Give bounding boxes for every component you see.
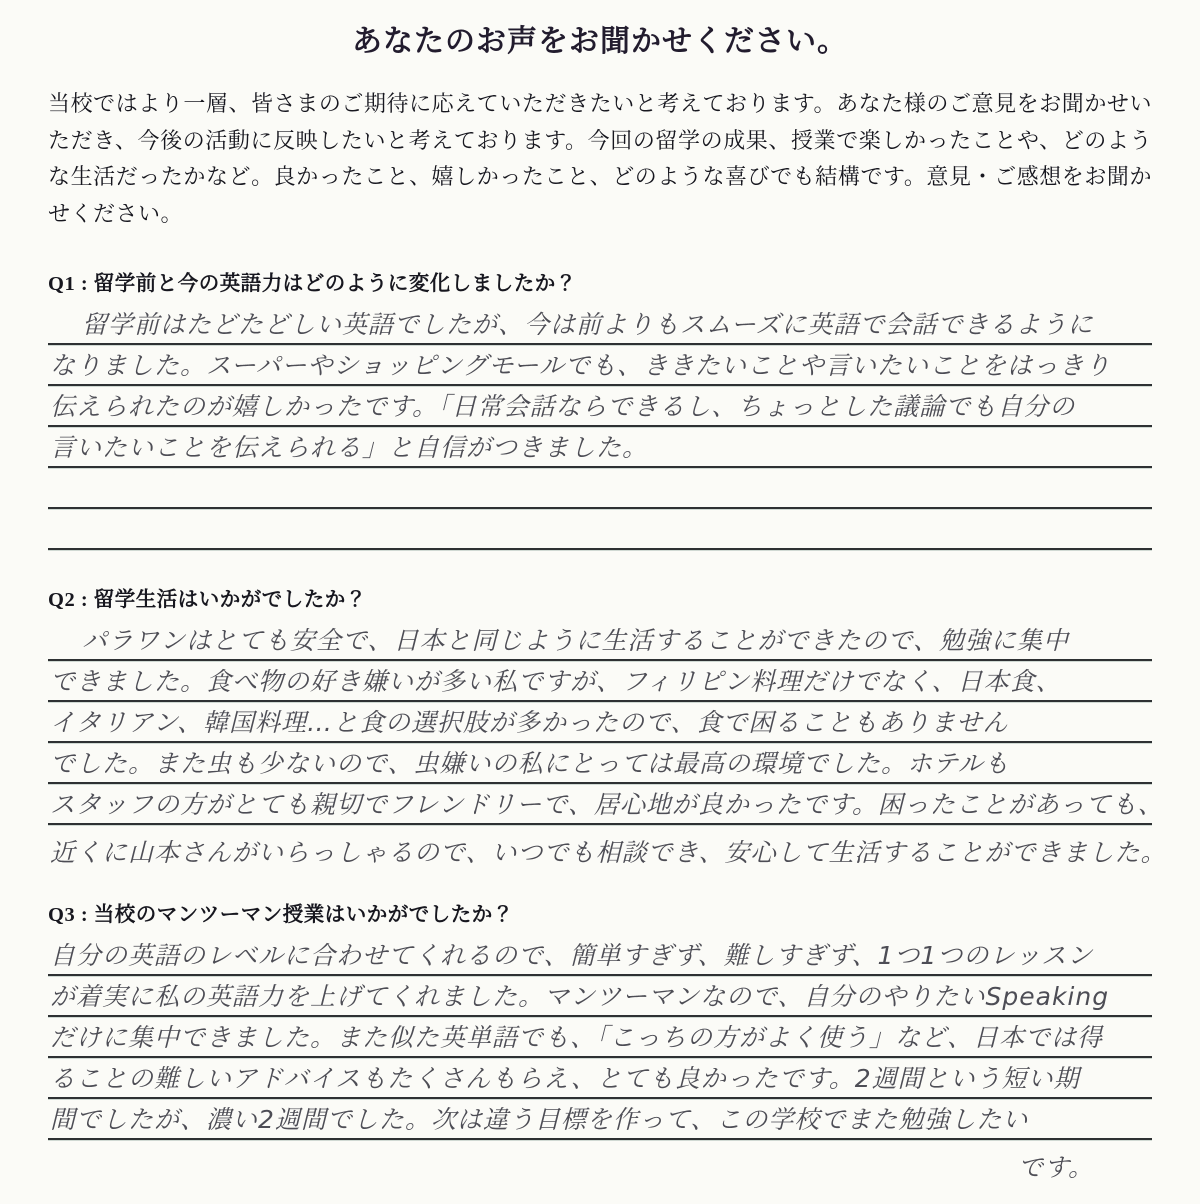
handwritten-text: 近くに山本さんがいらっしゃるので、いつでも相談でき、安心して生活することができま… — [50, 833, 1167, 869]
handwritten-text: なりました。スーパーやショッピングモールでも、ききたいことや言いたいことをはっき… — [50, 346, 1111, 382]
answer-line — [48, 468, 1152, 509]
handwritten-text: です。 — [1018, 1148, 1094, 1184]
answer-lines: 留学前はたどたどしい英語でしたが、今は前よりもスムーズに英語で会話できるようにな… — [48, 304, 1152, 550]
answer-line: パラワンはとても安全で、日本と同じように生活することができたので、勉強に集中 — [48, 620, 1152, 661]
answer-line: 言いたいことを伝えられる」と自信がつきました。 — [48, 427, 1152, 468]
answer-line: 留学前はたどたどしい英語でしたが、今は前よりもスムーズに英語で会話できるように — [48, 304, 1152, 345]
handwritten-text: 間でしたが、濃い2週間でした。次は違う目標を作って、この学校でまた勉強したい — [50, 1100, 1028, 1136]
answer-line: 間でしたが、濃い2週間でした。次は違う目標を作って、この学校でまた勉強したい — [48, 1099, 1152, 1140]
answer-line: 自分の英語のレベルに合わせてくれるので、簡単すぎず、難しすぎず、1つ1つのレッス… — [48, 935, 1152, 976]
answer-line: です。 — [48, 1140, 1152, 1186]
question-block: Q1 : 留学前と今の英語力はどのように変化しましたか？ 留学前はたどたどしい英… — [48, 270, 1152, 550]
intro-paragraph: 当校ではより一層、皆さまのご期待に応えていただきたいと考えております。あなた様の… — [48, 86, 1152, 232]
answer-line: だけに集中できました。また似た英単語でも、「こっちの方がよく使う」など、日本では… — [48, 1017, 1152, 1058]
handwritten-text: パラワンはとても安全で、日本と同じように生活することができたので、勉強に集中 — [82, 621, 1069, 657]
page-title: あなたのお声をお聞かせください。 — [48, 22, 1152, 62]
question-heading: Q2 : 留学生活はいかがでしたか？ — [48, 586, 1152, 614]
answer-line: スタッフの方がとても親切でフレンドリーで、居心地が良かったです。困ったことがあっ… — [48, 784, 1152, 825]
answer-line: イタリアン、韓国料理…と食の選択肢が多かったので、食で困ることもありません — [48, 702, 1152, 743]
answer-line — [48, 509, 1152, 550]
questions-section: Q1 : 留学前と今の英語力はどのように変化しましたか？ 留学前はたどたどしい英… — [48, 270, 1152, 1186]
answer-lines: 自分の英語のレベルに合わせてくれるので、簡単すぎず、難しすぎず、1つ1つのレッス… — [48, 935, 1152, 1186]
answer-line: でした。また虫も少ないので、虫嫌いの私にとっては最高の環境でした。ホテルも — [48, 743, 1152, 784]
answer-line: ることの難しいアドバイスもたくさんもらえ、とても良かったです。2週間という短い期 — [48, 1058, 1152, 1099]
answer-line: できました。食べ物の好き嫌いが多い私ですが、フィリピン料理だけでなく、日本食、 — [48, 661, 1152, 702]
handwritten-text: スタッフの方がとても親切でフレンドリーで、居心地が良かったです。困ったことがあっ… — [50, 785, 1164, 821]
handwritten-text: イタリアン、韓国料理…と食の選択肢が多かったので、食で困ることもありません — [50, 703, 1009, 739]
question-block: Q3 : 当校のマンツーマン授業はいかがでしたか？ 自分の英語のレベルに合わせて… — [48, 901, 1152, 1186]
answer-line: 近くに山本さんがいらっしゃるので、いつでも相談でき、安心して生活することができま… — [48, 825, 1152, 871]
handwritten-text: だけに集中できました。また似た英単語でも、「こっちの方がよく使う」など、日本では… — [50, 1018, 1103, 1054]
question-block: Q2 : 留学生活はいかがでしたか？ パラワンはとても安全で、日本と同じように生… — [48, 586, 1152, 871]
feedback-form-page: あなたのお声をお聞かせください。 当校ではより一層、皆さまのご期待に応えていただ… — [0, 0, 1200, 1204]
handwritten-text: 自分の英語のレベルに合わせてくれるので、簡単すぎず、難しすぎず、1つ1つのレッス… — [50, 936, 1093, 972]
answer-lines: パラワンはとても安全で、日本と同じように生活することができたので、勉強に集中でき… — [48, 620, 1152, 871]
answer-line: が着実に私の英語力を上げてくれました。マンツーマンなので、自分のやりたいSpea… — [48, 976, 1152, 1017]
handwritten-text: 留学前はたどたどしい英語でしたが、今は前よりもスムーズに英語で会話できるように — [82, 305, 1094, 341]
answer-line: 伝えられたのが嬉しかったです。「日常会話ならできるし、ちょっとした議論でも自分の — [48, 386, 1152, 427]
handwritten-text: でした。また虫も少ないので、虫嫌いの私にとっては最高の環境でした。ホテルも — [50, 744, 1010, 780]
handwritten-text: できました。食べ物の好き嫌いが多い私ですが、フィリピン料理だけでなく、日本食、 — [50, 662, 1062, 698]
question-heading: Q3 : 当校のマンツーマン授業はいかがでしたか？ — [48, 901, 1152, 929]
answer-line: なりました。スーパーやショッピングモールでも、ききたいことや言いたいことをはっき… — [48, 345, 1152, 386]
handwritten-text: 伝えられたのが嬉しかったです。「日常会話ならできるし、ちょっとした議論でも自分の — [50, 387, 1075, 423]
question-heading: Q1 : 留学前と今の英語力はどのように変化しましたか？ — [48, 270, 1152, 298]
handwritten-text: 言いたいことを伝えられる」と自信がつきました。 — [50, 428, 648, 464]
handwritten-text: ることの難しいアドバイスもたくさんもらえ、とても良かったです。2週間という短い期 — [50, 1059, 1080, 1095]
handwritten-text: が着実に私の英語力を上げてくれました。マンツーマンなので、自分のやりたいSpea… — [50, 977, 1109, 1013]
